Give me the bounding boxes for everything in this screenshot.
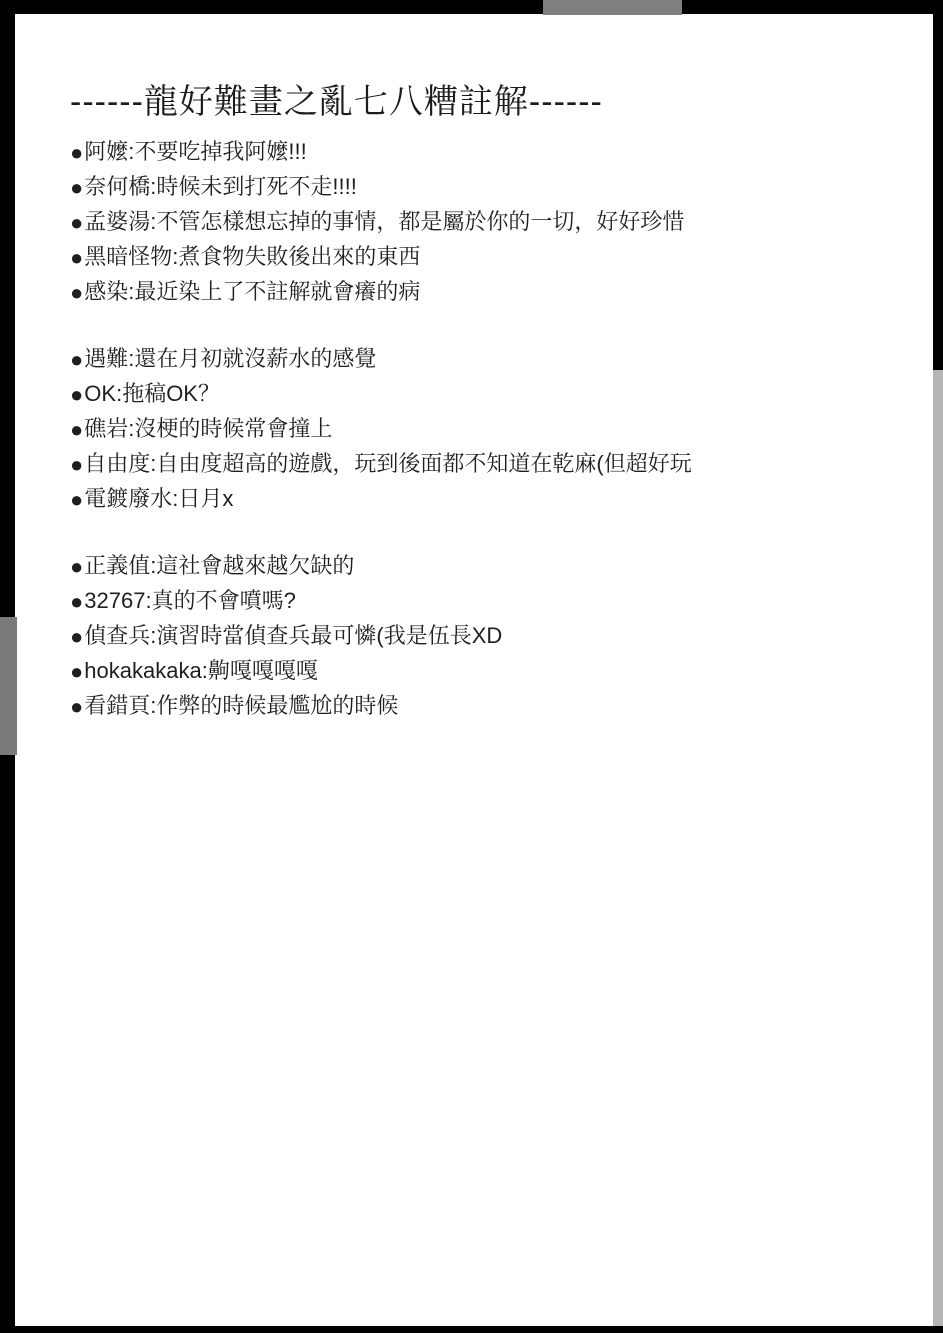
bullet-icon: ● [70, 377, 83, 412]
page-title: ------龍好難畫之亂七八糟註解------ [70, 78, 933, 126]
note-line: ●阿嬤:不要吃掉我阿嬤!!! [70, 134, 933, 169]
note-line: ●32767:真的不會噴嗎? [70, 583, 933, 618]
note-line: ●孟婆湯:不管怎樣想忘掉的事情，都是屬於你的一切，好好珍惜 [70, 204, 933, 239]
note-text: 孟婆湯:不管怎樣想忘掉的事情，都是屬於你的一切，好好珍惜 [84, 209, 684, 234]
note-line: ●感染:最近染上了不註解就會癢的病 [70, 274, 933, 309]
note-text: 感染:最近染上了不註解就會癢的病 [84, 279, 420, 304]
bullet-icon: ● [70, 619, 83, 654]
scan-artifact-top-tab [543, 0, 682, 15]
note-text: 自由度:自由度超高的遊戲，玩到後面都不知道在乾麻(但超好玩 [84, 451, 691, 476]
bullet-icon: ● [70, 275, 83, 310]
bullet-icon: ● [70, 654, 83, 689]
note-text: 奈何橋:時候未到打死不走!!!! [84, 174, 357, 199]
note-line: ●自由度:自由度超高的遊戲，玩到後面都不知道在乾麻(但超好玩 [70, 446, 933, 481]
bullet-icon: ● [70, 342, 83, 377]
page: ------龍好難畫之亂七八糟註解------ ●阿嬤:不要吃掉我阿嬤!!!●奈… [15, 14, 933, 1326]
note-text: 看錯頁:作弊的時候最尷尬的時候 [84, 693, 398, 718]
note-group: ●阿嬤:不要吃掉我阿嬤!!!●奈何橋:時候未到打死不走!!!!●孟婆湯:不管怎樣… [70, 134, 933, 309]
note-text: 偵查兵:演習時當偵查兵最可憐(我是伍長XD [84, 623, 502, 648]
bullet-icon: ● [70, 689, 83, 724]
note-text: 黑暗怪物:煮食物失敗後出來的東西 [84, 244, 420, 269]
note-text: 正義值:這社會越來越欠缺的 [84, 553, 354, 578]
scan-background: ------龍好難畫之亂七八糟註解------ ●阿嬤:不要吃掉我阿嬤!!!●奈… [0, 0, 943, 1333]
note-line: ●OK:拖稿OK？ [70, 376, 933, 411]
bullet-icon: ● [70, 549, 83, 584]
scan-artifact-left-block [0, 617, 17, 755]
note-group: ●正義值:這社會越來越欠缺的●32767:真的不會噴嗎?●偵查兵:演習時當偵查兵… [70, 548, 933, 723]
note-line: ●正義值:這社會越來越欠缺的 [70, 548, 933, 583]
note-text: 礁岩:沒梗的時候常會撞上 [84, 416, 332, 441]
note-group: ●遇難:還在月初就沒薪水的感覺●OK:拖稿OK？●礁岩:沒梗的時候常會撞上●自由… [70, 341, 933, 516]
scan-artifact-right-strip [933, 370, 943, 1326]
bullet-icon: ● [70, 205, 83, 240]
note-text: 阿嬤:不要吃掉我阿嬤!!! [84, 139, 306, 164]
note-line: ●看錯頁:作弊的時候最尷尬的時候 [70, 688, 933, 723]
note-line: ●礁岩:沒梗的時候常會撞上 [70, 411, 933, 446]
bullet-icon: ● [70, 412, 83, 447]
note-line: ●黑暗怪物:煮食物失敗後出來的東西 [70, 239, 933, 274]
notes-list: ●阿嬤:不要吃掉我阿嬤!!!●奈何橋:時候未到打死不走!!!!●孟婆湯:不管怎樣… [70, 134, 933, 723]
bullet-icon: ● [70, 447, 83, 482]
note-line: ●電鍍廢水:日月x [70, 481, 933, 516]
bullet-icon: ● [70, 170, 83, 205]
note-text: OK:拖稿OK？ [84, 381, 220, 406]
bullet-icon: ● [70, 482, 83, 517]
note-line: ●奈何橋:時候未到打死不走!!!! [70, 169, 933, 204]
note-text: 遇難:還在月初就沒薪水的感覺 [84, 346, 376, 371]
note-text: 32767:真的不會噴嗎? [84, 588, 296, 613]
note-line: ●偵查兵:演習時當偵查兵最可憐(我是伍長XD [70, 618, 933, 653]
note-line: ●遇難:還在月初就沒薪水的感覺 [70, 341, 933, 376]
bullet-icon: ● [70, 584, 83, 619]
note-text: hokakakaka:齁嘎嘎嘎嘎 [84, 658, 318, 683]
bullet-icon: ● [70, 240, 83, 275]
note-text: 電鍍廢水:日月x [84, 486, 233, 511]
bullet-icon: ● [70, 135, 83, 170]
note-line: ●hokakakaka:齁嘎嘎嘎嘎 [70, 653, 933, 688]
